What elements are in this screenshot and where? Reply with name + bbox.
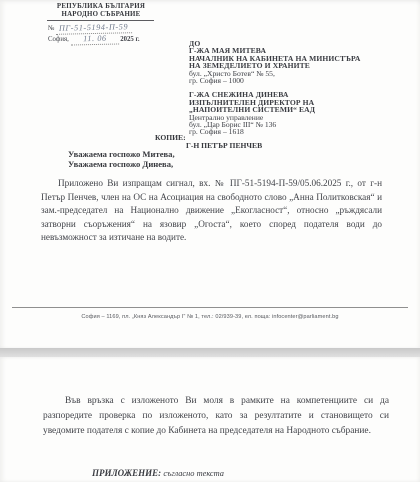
salutation-line-2: Уважаема госпожо Динева, [68,159,175,169]
copy-recipient-name: Г-Н ПЕТЪР ПЕНЧЕВ [186,141,262,150]
registry-number-row: № ПГ-51-5194-П-59 [48,23,132,34]
recipients-block: ДО Г-ЖА МАЯ МИТЕВА НАЧАЛНИК НА КАБИНЕТА … [189,40,389,136]
copy-label: КОПИЕ: [155,133,186,142]
document-scan: РЕПУБЛИКА БЪЛГАРИЯ НАРОДНО СЪБРАНИЕ № ПГ… [0,0,420,482]
attachment-label: ПРИЛОЖЕНИЕ: [92,468,161,478]
year-suffix: 2025 г. [120,36,139,43]
page-2: Във връзка с изложеното Ви моля в рамкит… [0,357,420,482]
footer-rule [12,307,408,308]
page2-body-paragraph: Във връзка с изложеното Ви моля в рамкит… [43,394,389,439]
date-row: София, 11. 06 2025 г. [48,34,140,45]
salutation: Уважаема госпожо Митева, Уважаема госпож… [68,149,175,169]
city-label: София, [48,36,69,43]
salutation-line-1: Уважаема госпожо Митева, [68,149,175,159]
letterhead-rule [47,20,154,21]
recipient2-address-3: гр. София – 1618 [189,128,389,135]
page-separator [0,348,420,357]
letterhead: РЕПУБЛИКА БЪЛГАРИЯ НАРОДНО СЪБРАНИЕ [40,3,162,19]
attachment-value: съгласно текста [163,469,224,478]
registry-number-label: № [48,25,55,32]
letterhead-republic: РЕПУБЛИКА БЪЛГАРИЯ [40,3,162,11]
footer-address: София – 1169, пл. „Княз Александър I“ № … [0,314,420,320]
page-1: РЕПУБЛИКА БЪЛГАРИЯ НАРОДНО СЪБРАНИЕ № ПГ… [0,0,420,348]
attachment-note: ПРИЛОЖЕНИЕ: съгласно текста [92,468,224,478]
body-paragraph: Приложено Ви изпращам сигнал, вх. № ПГ-5… [41,177,382,245]
recipient1-address-2: гр. София – 1000 [189,77,389,84]
letterhead-assembly: НАРОДНО СЪБРАНИЕ [40,11,162,19]
registry-number-handwritten: ПГ-51-5194-П-59 [56,22,132,35]
date-handwritten: 11. 06 [70,33,118,45]
